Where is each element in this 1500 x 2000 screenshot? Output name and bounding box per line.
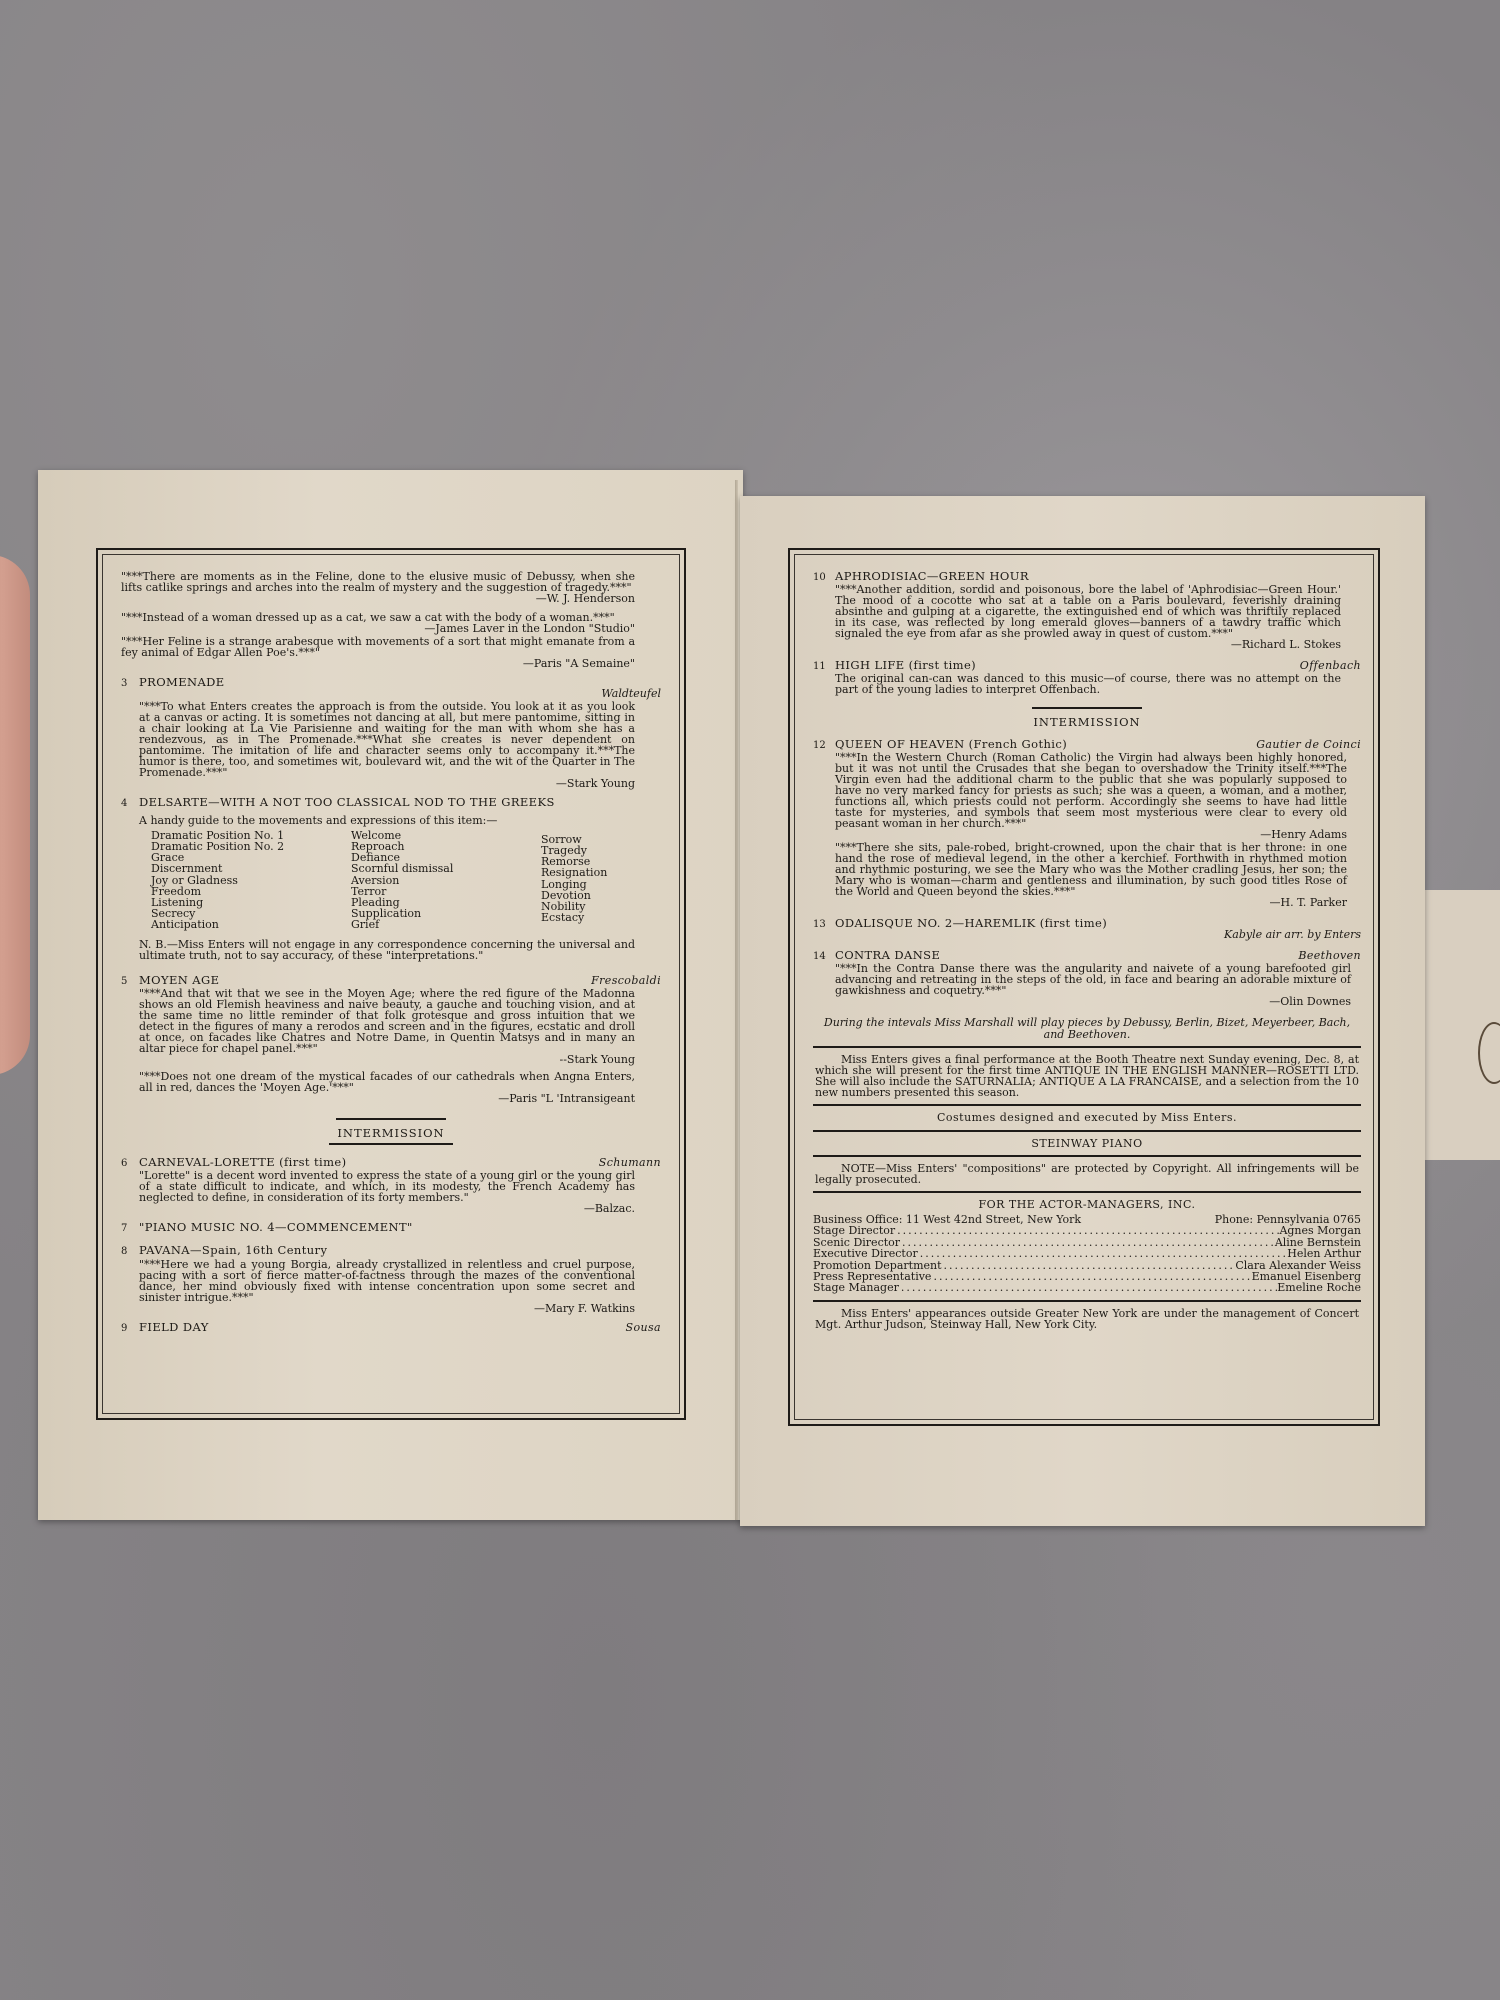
item-attribution-2: —Paris "L 'Intransigeant: [121, 1093, 661, 1104]
item-number: 10: [813, 572, 826, 583]
item-title: QUEEN OF HEAVEN (French Gothic): [835, 739, 1067, 750]
opening-quotes: "***There are moments as in the Feline, …: [121, 571, 661, 669]
program-item: 12 QUEEN OF HEAVEN (French Gothic)Gautie…: [813, 739, 1361, 908]
delsarte-intro: A handy guide to the movements and expre…: [121, 815, 661, 826]
item-attribution: —Mary F. Watkins: [121, 1303, 661, 1314]
divider: [813, 1130, 1361, 1132]
item-number: 6: [121, 1158, 127, 1169]
delsarte-position: Ecstacy: [541, 912, 661, 923]
item-title: HIGH LIFE (first time): [835, 660, 976, 671]
item-title: DELSARTE—WITH A NOT TOO CLASSICAL NOD TO…: [139, 797, 555, 808]
left-page: "***There are moments as in the Feline, …: [38, 470, 743, 1520]
item-number: 14: [813, 951, 826, 962]
leader-dots: [899, 1282, 1277, 1293]
divider: [813, 1046, 1361, 1048]
item-title: ODALISQUE NO. 2—HAREMLIK (first time): [835, 918, 1107, 929]
right-page: 10 APHRODISIAC—GREEN HOUR "***Another ad…: [740, 496, 1425, 1526]
delsarte-position: Grief: [351, 919, 541, 930]
booklet-spine: [735, 480, 738, 1520]
delsarte-position: Resignation: [541, 867, 661, 878]
copyright-note: NOTE—Miss Enters' "compositions" are pro…: [813, 1163, 1361, 1185]
item-number: 8: [121, 1246, 127, 1257]
delsarte-position: Anticipation: [151, 919, 351, 930]
program-item: 14 CONTRA DANSEBeethoven "***In the Cont…: [813, 950, 1361, 1007]
item-number: 13: [813, 919, 826, 930]
leader-dots: [942, 1260, 1236, 1271]
item-composer: Waldteufel: [121, 688, 661, 699]
item-title: PROMENADE: [139, 677, 225, 688]
program-item: 11 HIGH LIFE (first time)Offenbach The o…: [813, 660, 1361, 695]
program-item: 8 PAVANA—Spain, 16th Century "***Here we…: [121, 1245, 661, 1313]
program-item: 3 PROMENADE Waldteufel "***To what Enter…: [121, 677, 661, 789]
item-attribution: —Henry Adams: [813, 829, 1361, 840]
quote-attribution: —Paris "A Semaine": [121, 658, 661, 669]
program-item: 13 ODALISQUE NO. 2—HAREMLIK (first time)…: [813, 918, 1361, 940]
staff-name: Emeline Roche: [1277, 1282, 1361, 1293]
left-page-border: "***There are moments as in the Feline, …: [96, 548, 686, 1420]
item-attribution: —Richard L. Stokes: [813, 639, 1361, 650]
divider: [1032, 707, 1142, 709]
item-title: APHRODISIAC—GREEN HOUR: [835, 571, 1029, 582]
item-attribution: —Olin Downes: [813, 996, 1361, 1007]
leader-dots: [918, 1248, 1288, 1259]
item-attribution: --Stark Young: [121, 1054, 661, 1065]
delsarte-position: Scornful dismissal: [351, 863, 541, 874]
item-number: 12: [813, 740, 826, 751]
outside-ny-note: Miss Enters' appearances outside Greater…: [813, 1308, 1361, 1330]
right-page-content: 10 APHRODISIAC—GREEN HOUR "***Another ad…: [813, 569, 1361, 1330]
item-quote: "***To what Enters creates the approach …: [121, 701, 661, 778]
item-quote: "***Here we had a young Borgia, already …: [121, 1259, 661, 1303]
positions-column-2: WelcomeReproachDefianceScornful dismissa…: [351, 830, 541, 931]
divider: [813, 1191, 1361, 1193]
item-composer: Gautier de Coinci: [1256, 739, 1361, 750]
delsarte-position: Discernment: [151, 863, 351, 874]
divider: [813, 1104, 1361, 1106]
positions-column-1: Dramatic Position No. 1Dramatic Position…: [151, 830, 351, 931]
item-composer: Kabyle air arr. by Enters: [813, 929, 1361, 940]
intermission-heading: INTERMISSION: [813, 717, 1361, 728]
divider: [329, 1143, 453, 1145]
item-title: CARNEVAL-LORETTE (first time): [139, 1157, 347, 1168]
divider: [813, 1155, 1361, 1157]
program-item: 6 CARNEVAL-LORETTE (first time)Schumann …: [121, 1157, 661, 1214]
item-number: 11: [813, 661, 826, 672]
costumes-credit: Costumes designed and executed by Miss E…: [813, 1112, 1361, 1123]
item-attribution: —Stark Young: [121, 778, 661, 789]
divider: [813, 1300, 1361, 1302]
item-number: 3: [121, 678, 127, 689]
piano-credit: STEINWAY PIANO: [813, 1138, 1361, 1149]
program-item-delsarte: 4 DELSARTE—WITH A NOT TOO CLASSICAL NOD …: [121, 797, 661, 960]
item-number: 7: [121, 1223, 127, 1234]
item-attribution-2: —H. T. Parker: [813, 897, 1361, 908]
item-attribution: —Balzac.: [121, 1203, 661, 1214]
quote-text: "***There are moments as in the Feline, …: [121, 571, 661, 593]
item-number: 5: [121, 976, 127, 987]
item-title: "PIANO MUSIC NO. 4—COMMENCEMENT": [139, 1222, 413, 1233]
right-page-border: 10 APHRODISIAC—GREEN HOUR "***Another ad…: [788, 548, 1380, 1426]
staff-row: Stage ManagerEmeline Roche: [813, 1282, 1361, 1293]
leader-dots: [900, 1237, 1275, 1248]
intermission-heading: INTERMISSION: [121, 1128, 661, 1139]
item-quote-2: "***There she sits, pale-robed, bright-c…: [813, 842, 1361, 897]
item-number: 4: [121, 798, 127, 809]
item-title: FIELD DAY: [139, 1322, 209, 1333]
quote-attribution: —James Laver in the London "Studio": [121, 623, 661, 634]
program-item: 10 APHRODISIAC—GREEN HOUR "***Another ad…: [813, 571, 1361, 650]
item-quote: "Lorette" is a decent word invented to e…: [121, 1170, 661, 1203]
item-title: PAVANA—Spain, 16th Century: [139, 1245, 327, 1256]
management-title: FOR THE ACTOR-MANAGERS, INC.: [813, 1199, 1361, 1210]
hand-holding-program: [0, 555, 30, 1075]
interval-music-note: During the intevals Miss Marshall will p…: [813, 1017, 1361, 1040]
item-composer: Schumann: [599, 1157, 661, 1168]
delsarte-position: Supplication: [351, 908, 541, 919]
item-number: 9: [121, 1323, 127, 1334]
program-item: 7 "PIANO MUSIC NO. 4—COMMENCEMENT": [121, 1222, 661, 1233]
quote-attribution: —W. J. Henderson: [121, 593, 661, 604]
delsarte-positions-grid: Dramatic Position No. 1Dramatic Position…: [121, 830, 661, 931]
program-item: 5 MOYEN AGEFrescobaldi "***And that wit …: [121, 975, 661, 1104]
program-item: 9 FIELD DAYSousa: [121, 1322, 661, 1333]
item-composer: Frescobaldi: [591, 975, 661, 986]
item-composer: Sousa: [626, 1322, 661, 1333]
item-quote: "***In the Western Church (Roman Catholi…: [813, 752, 1361, 829]
leader-dots: [931, 1271, 1251, 1282]
divider: [336, 1118, 446, 1120]
item-composer: Offenbach: [1300, 660, 1361, 671]
item-quote: The original can-can was danced to this …: [813, 673, 1361, 695]
item-quote: "***Another addition, sordid and poisono…: [813, 584, 1361, 639]
quote-text: "***Her Feline is a strange arabesque wi…: [121, 636, 661, 658]
item-title: MOYEN AGE: [139, 975, 219, 986]
item-quote-2: "***Does not one dream of the mystical f…: [121, 1071, 661, 1093]
staff-name: Helen Arthur: [1287, 1248, 1361, 1259]
item-quote: "***In the Contra Danse there was the an…: [813, 963, 1361, 996]
staff-list: Stage DirectorAgnes MorganScenic Directo…: [813, 1225, 1361, 1293]
delsarte-note: N. B.—Miss Enters will not engage in any…: [121, 939, 661, 961]
staff-role: Executive Director: [813, 1248, 918, 1259]
leader-dots: [895, 1225, 1279, 1236]
final-performance-note: Miss Enters gives a final performance at…: [813, 1054, 1361, 1098]
item-composer: Beethoven: [1298, 950, 1361, 961]
positions-column-3: SorrowTragedyRemorseResignationLongingDe…: [541, 830, 661, 931]
staff-row: Executive DirectorHelen Arthur: [813, 1248, 1361, 1259]
item-title: CONTRA DANSE: [835, 950, 940, 961]
left-page-content: "***There are moments as in the Feline, …: [121, 569, 661, 1333]
item-quote: "***And that wit that we see in the Moye…: [121, 988, 661, 1054]
staff-role: Stage Manager: [813, 1282, 899, 1293]
